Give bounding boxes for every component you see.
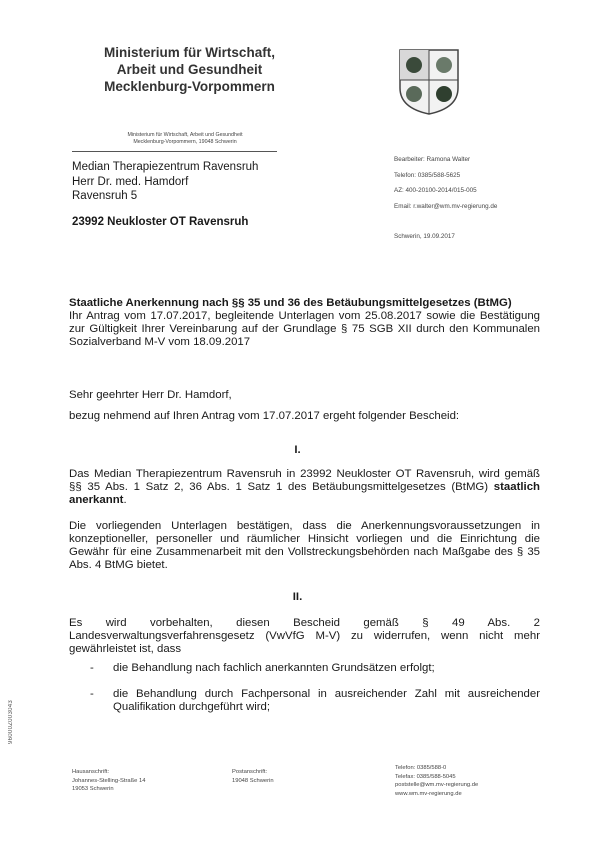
info-block: Bearbeiter: Ramona Walter Telefon: 0385/…	[394, 156, 497, 218]
dash-bullet: -	[90, 688, 94, 701]
footer-line: Johannes-Stelling-Straße 14	[72, 777, 145, 786]
intro: bezug nehmend auf Ihren Antrag vom 17.07…	[69, 410, 459, 422]
section1-paragraph2: Die vorliegenden Unterlagen bestätigen, …	[69, 520, 540, 572]
list-item: - die Behandlung nach fachlich anerkannt…	[90, 662, 540, 675]
ministry-name: Ministerium für Wirtschaft, Arbeit und G…	[82, 44, 297, 95]
ministry-line: Ministerium für Wirtschaft,	[82, 44, 297, 61]
footer-line: Telefon: 0385/588-0	[395, 764, 478, 773]
footer-line: www.wm.mv-regierung.de	[395, 790, 478, 799]
section-number-2: II.	[0, 591, 595, 603]
paragraph-text: .	[123, 494, 126, 506]
ministry-line: Arbeit und Gesundheit	[82, 61, 297, 78]
footer-line: poststelle@wm.mv-regierung.de	[395, 781, 478, 790]
list-item-text: die Behandlung durch Fachpersonal in aus…	[113, 688, 540, 714]
letter-date: Schwerin, 19.09.2017	[394, 233, 455, 240]
recipient-line: Median Therapiezentrum Ravensruh	[72, 160, 258, 175]
aktenzeichen: AZ: 400-20100-2014/015-005	[394, 187, 497, 203]
footer-line: 19048 Schwerin	[232, 777, 274, 786]
sender-return-address: Ministerium für Wirtschaft, Arbeit und G…	[100, 132, 270, 146]
subject-text: Ihr Antrag vom 17.07.2017, begleitende U…	[69, 310, 540, 348]
recipient-line: Ravensruh 5	[72, 189, 258, 204]
sender-line: Mecklenburg-Vorpommern, 19048 Schwerin	[100, 139, 270, 146]
footer-line: Postanschrift:	[232, 768, 274, 777]
salutation: Sehr geehrter Herr Dr. Hamdorf,	[69, 389, 232, 401]
email: Email: r.walter@wm.mv-regierung.de	[394, 203, 497, 219]
divider	[72, 151, 277, 152]
footer-postanschrift: Postanschrift: 19048 Schwerin	[232, 768, 274, 785]
paragraph-text: Das Median Therapiezentrum Ravensruh in …	[69, 468, 540, 493]
sender-line: Ministerium für Wirtschaft, Arbeit und G…	[100, 132, 270, 139]
footer-contact: Telefon: 0385/588-0 Telefax: 0385/588-50…	[395, 764, 478, 798]
list-item: - die Behandlung durch Fachpersonal in a…	[90, 688, 540, 714]
subject-block: Staatliche Anerkennung nach §§ 35 und 36…	[69, 297, 540, 349]
recipient-address: Median Therapiezentrum Ravensruh Herr Dr…	[72, 160, 258, 204]
footer-hausanschrift: Hausanschrift: Johannes-Stelling-Straße …	[72, 768, 145, 794]
bearbeiter: Bearbeiter: Ramona Walter	[394, 156, 497, 172]
section1-paragraph1: Das Median Therapiezentrum Ravensruh in …	[69, 468, 540, 507]
coat-of-arms-icon	[398, 48, 460, 116]
ministry-line: Mecklenburg-Vorpommern	[82, 78, 297, 95]
section2-paragraph1: Es wird vorbehalten, diesen Bescheid gem…	[69, 617, 540, 656]
footer-line: Telefax: 0385/588-5045	[395, 773, 478, 782]
footer-line: 19053 Schwerin	[72, 785, 145, 794]
recipient-line: Herr Dr. med. Hamdorf	[72, 175, 258, 190]
telefon: Telefon: 0385/588-5625	[394, 172, 497, 188]
footer-line: Hausanschrift:	[72, 768, 145, 777]
subject-title: Staatliche Anerkennung nach §§ 35 und 36…	[69, 297, 512, 309]
list-item-text: die Behandlung nach fachlich anerkannten…	[113, 662, 540, 675]
recipient-city: 23992 Neukloster OT Ravensruh	[72, 216, 248, 228]
dash-bullet: -	[90, 662, 94, 675]
section-number-1: I.	[0, 444, 595, 456]
side-document-code: 96000Z003043	[8, 700, 14, 744]
